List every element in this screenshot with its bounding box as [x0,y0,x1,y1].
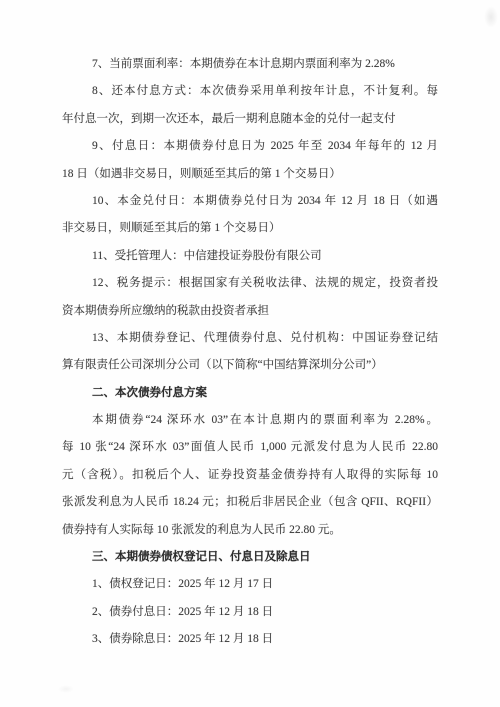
document-line: 7、当前票面利率：本期债券在本计息期内票面利率为 2.28% [62,51,438,78]
document-page: 7、当前票面利率：本期债券在本计息期内票面利率为 2.28%8、还本付息方式：本… [0,0,500,707]
document-line: 9、付息日：本期债券付息日为 2025 年至 2034 年每年的 12 月 [62,133,438,160]
scan-artifact-bottom-left [58,685,74,693]
document-line: 每 10 张“24 深环水 03”面值人民币 1,000 元派发付息为人民币 2… [62,434,438,461]
document-line: 算有限责任公司深圳分公司（以下简称“中国结算深圳分公司”） [62,352,438,379]
document-line: 债券持有人实际每 10 张派发的利息为人民币 22.80 元。 [62,517,438,544]
scan-artifact-top-right [484,6,498,28]
document-line: 张派发利息为人民币 18.24 元；扣税后非居民企业（包含 QFII、RQFII… [62,489,438,516]
document-line: 年付息一次，到期一次还本，最后一期利息随本金的兑付一起支付 [62,106,438,133]
section-heading: 三、本期债券债权登记日、付息日及除息日 [62,544,438,571]
section-heading: 二、本次债券付息方案 [62,380,438,407]
document-line: 18 日（如遇非交易日，则顺延至其后的第 1 个交易日） [62,161,438,188]
document-line: 1、债权登记日：2025 年 12 月 17 日 [62,571,438,598]
document-line: 13、本期债券登记、代理债券付息、兑付机构：中国证券登记结 [62,325,438,352]
document-line: 资本期债券所应缴纳的税款由投资者承担 [62,298,438,325]
document-line: 10、本金兑付日：本期债券兑付日为 2034 年 12 月 18 日（如遇 [62,188,438,215]
document-line: 2、债券付息日：2025 年 12 月 18 日 [62,599,438,626]
document-line: 8、还本付息方式：本次债券采用单利按年计息，不计复利。每 [62,78,438,105]
document-line: 本期债券“24 深环水 03”在本计息期内的票面利率为 2.28%。 [62,407,438,434]
document-line: 3、债券除息日：2025 年 12 月 18 日 [62,626,438,653]
document-line: 非交易日，则顺延至其后的第 1 个交易日） [62,215,438,242]
document-line: 11、受托管理人：中信建投证券股份有限公司 [62,243,438,270]
document-line: 元（含税）。扣税后个人、证券投资基金债券持有人取得的实际每 10 [62,462,438,489]
document-content: 7、当前票面利率：本期债券在本计息期内票面利率为 2.28%8、还本付息方式：本… [62,51,438,654]
document-line: 12、税务提示：根据国家有关税收法律、法规的规定，投资者投 [62,270,438,297]
